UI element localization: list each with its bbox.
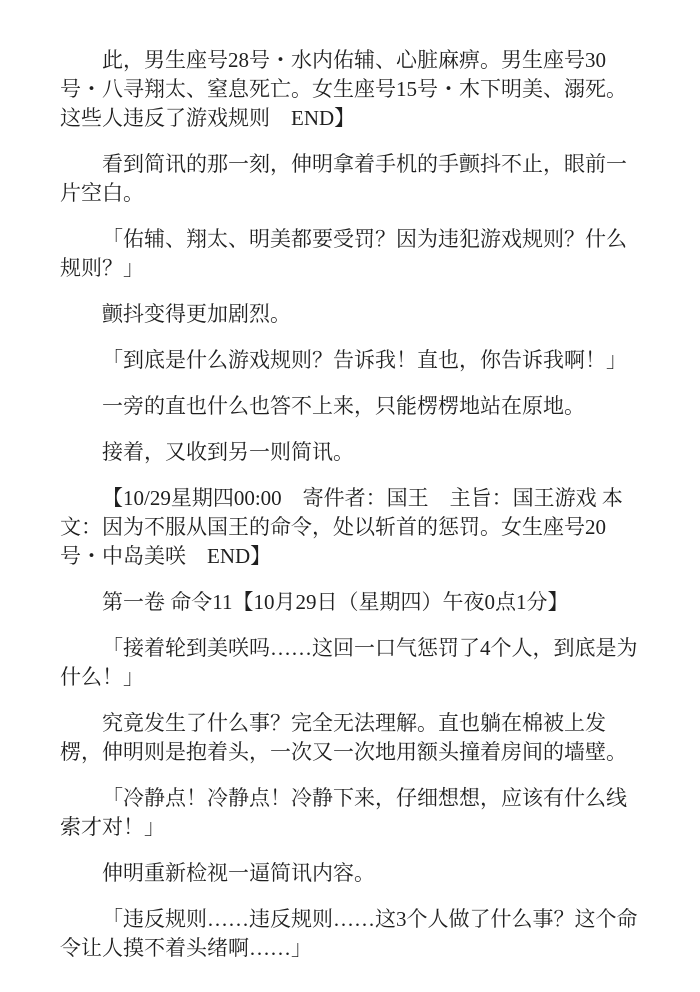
paragraph-narration-6: 伸明重新检视一逼简讯内容。 [60,859,644,888]
paragraph-sms-message: 【10/29星期四00:00 寄件者：国王 主旨：国王游戏 本文：因为不服从国王… [60,484,644,571]
document-page: 此，男生座号28号・水内佑辅、心脏麻痹。男生座号30号・八寻翔太、窒息死亡。女生… [0,0,700,992]
chapter-heading: 第一卷 命令11【10月29日（星期四）午夜0点1分】 [60,588,644,617]
paragraph-narration-5: 究竟发生了什么事？完全无法理解。直也躺在棉被上发楞，伸明则是抱着头，一次又一次地… [60,709,644,767]
paragraph-narration-1: 看到简讯的那一刻，伸明拿着手机的手颤抖不止，眼前一片空白。 [60,150,644,208]
paragraph-narration-4: 接着，又收到另一则简讯。 [60,438,644,467]
paragraph-dialogue-2: 「到底是什么游戏规则？告诉我！直也，你告诉我啊！」 [60,346,644,375]
paragraph-narration-3: 一旁的直也什么也答不上来，只能楞楞地站在原地。 [60,392,644,421]
paragraph-dialogue-1: 「佑辅、翔太、明美都要受罚？因为违犯游戏规则？什么规则？」 [60,225,644,283]
paragraph-sms-continuation: 此，男生座号28号・水内佑辅、心脏麻痹。男生座号30号・八寻翔太、窒息死亡。女生… [60,46,644,133]
paragraph-narration-2: 颤抖变得更加剧烈。 [60,300,644,329]
paragraph-dialogue-3: 「接着轮到美咲吗……这回一口气惩罚了4个人，到底是为什么！」 [60,634,644,692]
paragraph-dialogue-5: 「违反规则……违反规则……这3个人做了什么事？这个命令让人摸不着头绪啊……」 [60,905,644,963]
paragraph-dialogue-4: 「冷静点！冷静点！冷静下来，仔细想想，应该有什么线索才对！」 [60,784,644,842]
